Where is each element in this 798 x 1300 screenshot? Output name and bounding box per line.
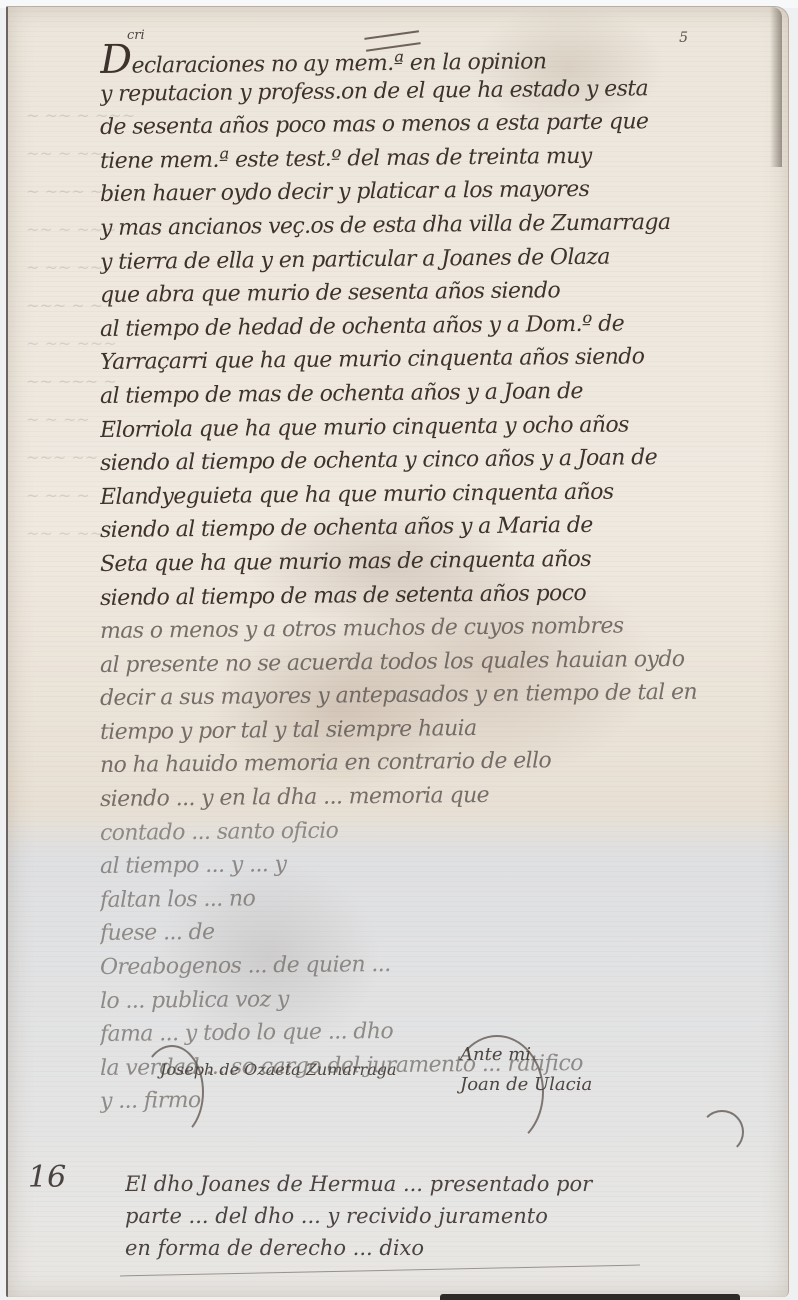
manuscript-body: Declaraciones no ay mem.ª en la opinion … [100, 44, 770, 1119]
signature-flourish [450, 1035, 544, 1149]
rubric-flourish [700, 1110, 744, 1154]
text-line: parte ... del dho ... y recivido juramen… [125, 1200, 775, 1232]
page-edge-shadow [770, 7, 782, 167]
interlinear-insert: cri [127, 28, 145, 43]
bottom-page-edge [440, 1294, 740, 1300]
text-line: en forma de derecho ... dixo [125, 1232, 775, 1264]
closing-paragraph: El dho Joanes de Hermua ... presentado p… [125, 1168, 775, 1264]
text-line: El dho Joanes de Hermua ... presentado p… [125, 1168, 775, 1200]
signature-flourish [140, 1045, 204, 1139]
manuscript-scan: ~ ~~ ~ ~~~~~ ~ ~~~ ~~~ ~~~ ~ ~~~~ ~~ ~~~… [0, 0, 798, 1300]
margin-witness-number: 16 [28, 1160, 66, 1195]
